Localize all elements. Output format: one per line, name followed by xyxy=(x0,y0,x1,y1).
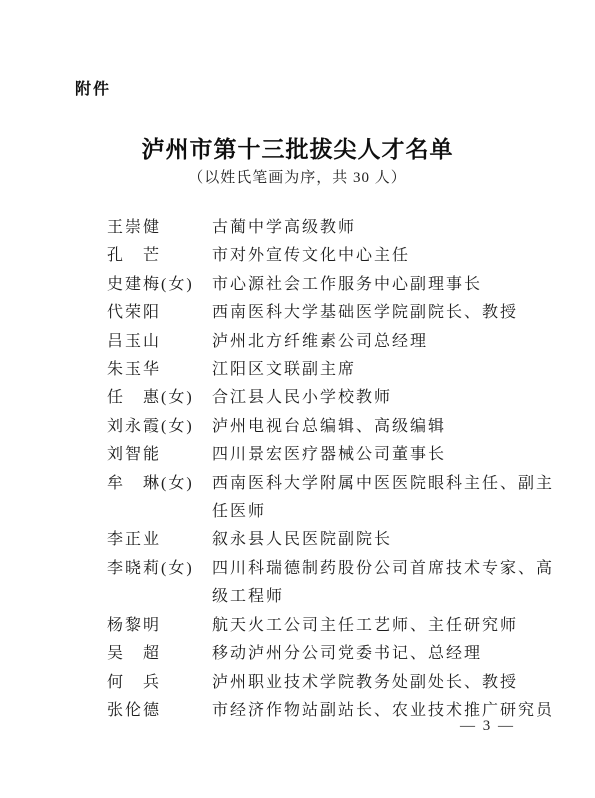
list-item: 刘智能 四川景宏医疗器械公司董事长 xyxy=(107,441,559,469)
list-item: 杨黎明 航天火工公司主任工艺师、主任研究师 xyxy=(107,612,559,640)
person-name: 吕玉山 xyxy=(107,328,212,356)
list-item: 孔 芒 市对外宣传文化中心主任 xyxy=(107,242,559,270)
person-name: 刘永霞(女) xyxy=(107,413,212,441)
person-name: 李晓莉(女) xyxy=(107,555,212,583)
list-item: 史建梅(女) 市心源社会工作服务中心副理事长 xyxy=(107,271,559,299)
person-title: 西南医科大学附属中医医院眼科主任、副主任医师 xyxy=(212,470,557,527)
person-name: 史建梅(女) xyxy=(107,271,212,299)
person-title: 移动泸州分公司党委书记、总经理 xyxy=(212,640,557,668)
page-number: — 3 — xyxy=(460,718,515,735)
person-title: 市心源社会工作服务中心副理事长 xyxy=(212,271,557,299)
talent-list: 王崇健 古蔺中学高级教师 孔 芒 市对外宣传文化中心主任 史建梅(女) 市心源社… xyxy=(107,214,559,725)
list-item: 任 惠(女) 合江县人民小学校教师 xyxy=(107,384,559,412)
person-name: 代荣阳 xyxy=(107,299,212,327)
list-item: 李晓莉(女) 四川科瑞德制药股份公司首席技术专家、高级工程师 xyxy=(107,555,559,612)
person-title: 合江县人民小学校教师 xyxy=(212,384,557,412)
person-name: 何 兵 xyxy=(107,669,212,697)
person-title: 市对外宣传文化中心主任 xyxy=(212,242,557,270)
person-title: 古蔺中学高级教师 xyxy=(212,214,557,242)
page-subtitle: （以姓氏笔画为序，共 30 人） xyxy=(0,166,595,187)
person-title: 航天火工公司主任工艺师、主任研究师 xyxy=(212,612,557,640)
person-name: 杨黎明 xyxy=(107,612,212,640)
person-name: 朱玉华 xyxy=(107,356,212,384)
person-title: 四川科瑞德制药股份公司首席技术专家、高级工程师 xyxy=(212,555,557,612)
list-item: 牟 琳(女) 西南医科大学附属中医医院眼科主任、副主任医师 xyxy=(107,470,559,527)
person-title: 泸州职业技术学院教务处副处长、教授 xyxy=(212,669,557,697)
list-item: 吕玉山 泸州北方纤维素公司总经理 xyxy=(107,328,559,356)
list-item: 李正业 叙永县人民医院副院长 xyxy=(107,526,559,554)
list-item: 代荣阳 西南医科大学基础医学院副院长、教授 xyxy=(107,299,559,327)
person-name: 王崇健 xyxy=(107,214,212,242)
person-name: 张伦德 xyxy=(107,697,212,725)
document-page: 附件 泸州市第十三批拔尖人才名单 （以姓氏笔画为序，共 30 人） 王崇健 古蔺… xyxy=(0,0,595,798)
person-title: 泸州北方纤维素公司总经理 xyxy=(212,328,557,356)
list-item: 朱玉华 江阳区文联副主席 xyxy=(107,356,559,384)
person-name: 孔 芒 xyxy=(107,242,212,270)
person-name: 吴 超 xyxy=(107,640,212,668)
list-item: 刘永霞(女) 泸州电视台总编辑、高级编辑 xyxy=(107,413,559,441)
person-title: 泸州电视台总编辑、高级编辑 xyxy=(212,413,557,441)
page-title: 泸州市第十三批拔尖人才名单 xyxy=(0,131,595,164)
list-item: 何 兵 泸州职业技术学院教务处副处长、教授 xyxy=(107,669,559,697)
person-title: 四川景宏医疗器械公司董事长 xyxy=(212,441,557,469)
person-name: 牟 琳(女) xyxy=(107,470,212,498)
person-name: 李正业 xyxy=(107,526,212,554)
person-title: 叙永县人民医院副院长 xyxy=(212,526,557,554)
list-item: 吴 超 移动泸州分公司党委书记、总经理 xyxy=(107,640,559,668)
attachment-label: 附件 xyxy=(75,76,111,99)
person-title: 江阳区文联副主席 xyxy=(212,356,557,384)
person-name: 任 惠(女) xyxy=(107,384,212,412)
list-item: 王崇健 古蔺中学高级教师 xyxy=(107,214,559,242)
person-title: 西南医科大学基础医学院副院长、教授 xyxy=(212,299,557,327)
person-name: 刘智能 xyxy=(107,441,212,469)
